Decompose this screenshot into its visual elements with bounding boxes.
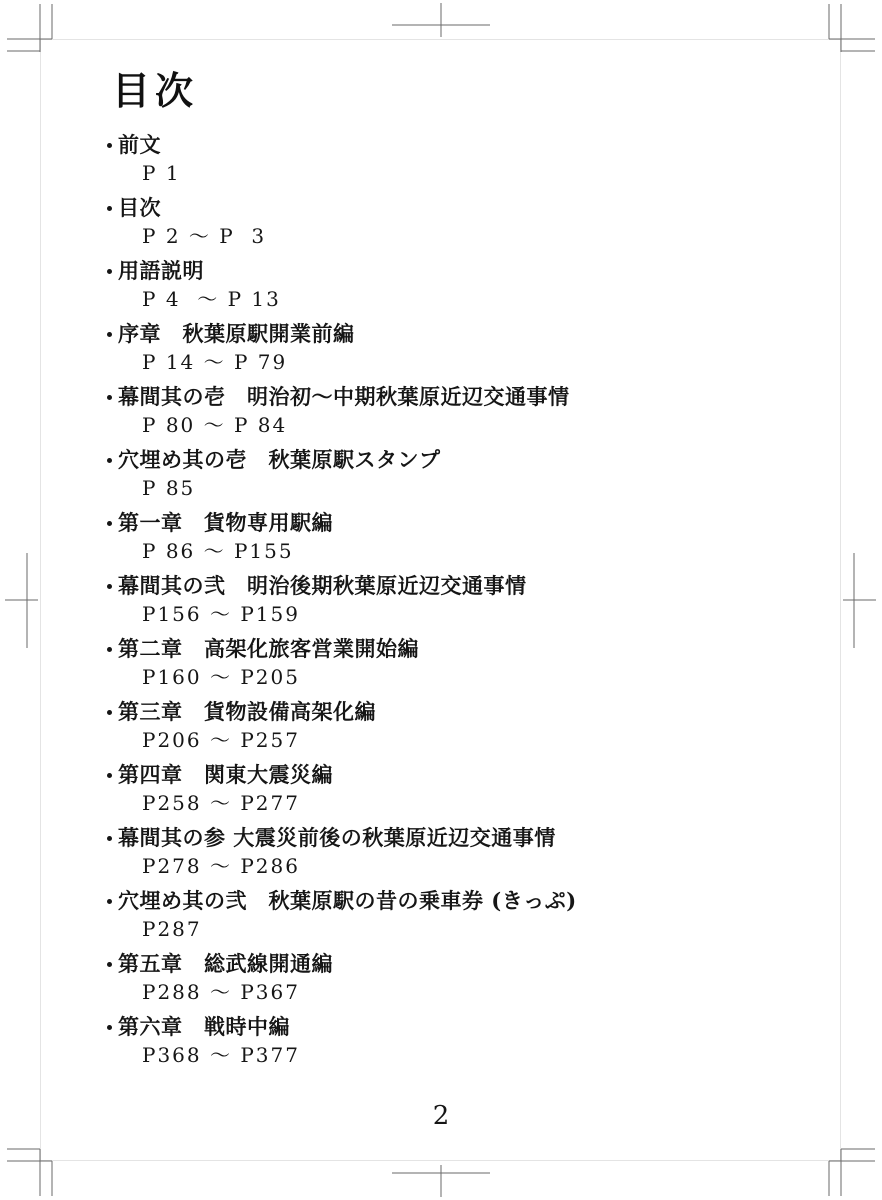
toc-item: 幕間其の弐 明治後期秋葉原近辺交通事情 P156 ～ P159 xyxy=(104,571,704,627)
bullet-icon xyxy=(107,521,112,526)
toc-entry-pages: P 80 ～ P 84 xyxy=(104,412,704,438)
bullet-icon xyxy=(107,710,112,715)
toc-item: 目次 P 2 ～ P 3 xyxy=(104,193,704,249)
toc-entry-pages: P278 ～ P286 xyxy=(104,853,704,879)
printed-toc-page: { "page": { "title": "目次", "footer_page_… xyxy=(0,0,882,1200)
toc-entry-pages: P287 xyxy=(104,916,704,942)
toc-entry-title: 幕間其の弐 明治後期秋葉原近辺交通事情 xyxy=(104,571,704,601)
toc-entry-title: 第二章 高架化旅客営業開始編 xyxy=(104,634,704,664)
bullet-icon xyxy=(107,143,112,148)
toc-item: 第二章 高架化旅客営業開始編 P160 ～ P205 xyxy=(104,634,704,690)
toc-entry-title: 第四章 関東大震災編 xyxy=(104,760,704,790)
toc-item: 第四章 関東大震災編 P258 ～ P277 xyxy=(104,760,704,816)
toc-item: 用語説明 P 4 ～ P 13 xyxy=(104,256,704,312)
toc-entry-title: 第六章 戦時中編 xyxy=(104,1012,704,1042)
bullet-icon xyxy=(107,962,112,967)
toc-item: 第三章 貨物設備高架化編 P206 ～ P257 xyxy=(104,697,704,753)
toc-item: 序章 秋葉原駅開業前編 P 14 ～ P 79 xyxy=(104,319,704,375)
toc-entry-pages: P 1 xyxy=(104,160,704,186)
toc-item: 穴埋め其の壱 秋葉原駅スタンプ P 85 xyxy=(104,445,704,501)
toc-entry-pages: P368 ～ P377 xyxy=(104,1042,704,1068)
bullet-icon xyxy=(107,899,112,904)
bullet-icon xyxy=(107,584,112,589)
toc-item: 第六章 戦時中編 P368 ～ P377 xyxy=(104,1012,704,1068)
toc-item: 第五章 総武線開通編 P288 ～ P367 xyxy=(104,949,704,1005)
toc-item: 前文 P 1 xyxy=(104,130,704,186)
page-number: 2 xyxy=(0,1102,882,1130)
toc-entry-title: 穴埋め其の弐 秋葉原駅の昔の乗車券 (きっぷ) xyxy=(104,886,704,916)
toc-entry-pages: P 4 ～ P 13 xyxy=(104,286,704,312)
toc-entry-title: 第一章 貨物専用駅編 xyxy=(104,508,704,538)
bullet-icon xyxy=(107,206,112,211)
toc-entry-title: 序章 秋葉原駅開業前編 xyxy=(104,319,704,349)
toc-entry-title: 穴埋め其の壱 秋葉原駅スタンプ xyxy=(104,445,704,475)
toc-entry-pages: P288 ～ P367 xyxy=(104,979,704,1005)
toc-entry-pages: P 85 xyxy=(104,475,704,501)
toc-entry-pages: P 2 ～ P 3 xyxy=(104,223,704,249)
bullet-icon xyxy=(107,458,112,463)
table-of-contents: 目次 前文 P 1 目次 P 2 ～ P 3 用語説明 P 4 ～ P 13 序… xyxy=(104,70,704,1075)
bullet-icon xyxy=(107,395,112,400)
toc-entry-title: 目次 xyxy=(104,193,704,223)
toc-item: 幕間其の壱 明治初～中期秋葉原近辺交通事情 P 80 ～ P 84 xyxy=(104,382,704,438)
toc-entry-pages: P160 ～ P205 xyxy=(104,664,704,690)
toc-entry-pages: P 86 ～ P155 xyxy=(104,538,704,564)
toc-entry-pages: P206 ～ P257 xyxy=(104,727,704,753)
bullet-icon xyxy=(107,773,112,778)
bullet-icon xyxy=(107,332,112,337)
toc-entry-pages: P258 ～ P277 xyxy=(104,790,704,816)
bullet-icon xyxy=(107,269,112,274)
bullet-icon xyxy=(107,836,112,841)
toc-entry-title: 第五章 総武線開通編 xyxy=(104,949,704,979)
toc-list: 前文 P 1 目次 P 2 ～ P 3 用語説明 P 4 ～ P 13 序章 秋… xyxy=(104,130,704,1068)
toc-entry-pages: P156 ～ P159 xyxy=(104,601,704,627)
toc-entry-title: 幕間其の参 大震災前後の秋葉原近辺交通事情 xyxy=(104,823,704,853)
toc-entry-title: 前文 xyxy=(104,130,704,160)
toc-item: 穴埋め其の弐 秋葉原駅の昔の乗車券 (きっぷ) P287 xyxy=(104,886,704,942)
page-title: 目次 xyxy=(112,70,704,112)
toc-item: 幕間其の参 大震災前後の秋葉原近辺交通事情 P278 ～ P286 xyxy=(104,823,704,879)
toc-entry-pages: P 14 ～ P 79 xyxy=(104,349,704,375)
toc-entry-title: 幕間其の壱 明治初～中期秋葉原近辺交通事情 xyxy=(104,382,704,412)
toc-item: 第一章 貨物専用駅編 P 86 ～ P155 xyxy=(104,508,704,564)
bullet-icon xyxy=(107,647,112,652)
toc-entry-title: 第三章 貨物設備高架化編 xyxy=(104,697,704,727)
bullet-icon xyxy=(107,1025,112,1030)
toc-entry-title: 用語説明 xyxy=(104,256,704,286)
